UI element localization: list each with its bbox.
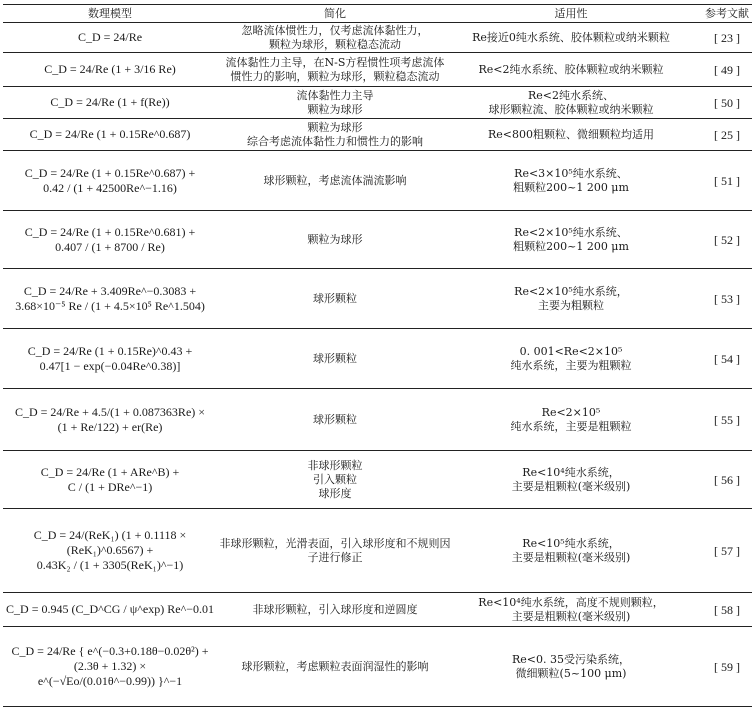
reference-cell: [ 23 ]	[689, 23, 752, 53]
applicability-cell: Re<2纯水系统、 球形颗粒流、胶体颗粒或纳米颗粒	[453, 87, 689, 119]
simplification-cell: 非球形颗粒，引入球形度和逆圆度	[217, 593, 453, 627]
table-row: C_D = 24/Re { e^(−0.3+0.18θ−0.02θ²) + (2…	[3, 627, 752, 707]
simplification-cell: 球形颗粒	[217, 269, 453, 329]
table-row: C_D = 24/Re忽略流体惯性力，仅考虑流体黏性力， 颗粒为球形，颗粒稳态流…	[3, 23, 752, 53]
model-formula: C_D = 24/Re + 4.5/(1 + 0.087363Re) × (1 …	[3, 389, 217, 451]
reference-cell: [ 57 ]	[689, 509, 752, 593]
reference-cell: [ 56 ]	[689, 451, 752, 509]
applicability-cell: Re接近0纯水系统、胶体颗粒或纳米颗粒	[453, 23, 689, 53]
reference-cell: [ 59 ]	[689, 627, 752, 707]
table-row: C_D = 24/Re (1 + 3/16 Re)流体黏性力主导，在N-S方程惯…	[3, 53, 752, 87]
model-formula: C_D = 24/Re (1 + 3/16 Re)	[3, 53, 217, 87]
table-row: C_D = 24/Re (1 + ARe^B) + C / (1 + DRe^−…	[3, 451, 752, 509]
applicability-cell: Re<10⁵纯水系统， 主要是粗颗粒(毫米级别)	[453, 509, 689, 593]
drag-coefficient-models-table: 数理模型 简化 适用性 参考文献 C_D = 24/Re忽略流体惯性力，仅考虑流…	[3, 4, 752, 707]
model-formula: C_D = 24/Re (1 + f(Re))	[3, 87, 217, 119]
table-row: C_D = 24/Re + 4.5/(1 + 0.087363Re) × (1 …	[3, 389, 752, 451]
applicability-cell: Re<2×10⁵纯水系统、 粗颗粒200~1 200 μm	[453, 211, 689, 269]
header-reference: 参考文献	[689, 5, 752, 23]
simplification-cell: 颗粒为球形 综合考虑流体黏性力和惯性力的影响	[217, 119, 453, 151]
model-formula: C_D = 24/Re { e^(−0.3+0.18θ−0.02θ²) + (2…	[3, 627, 217, 707]
applicability-cell: Re<800粗颗粒、微细颗粒均适用	[453, 119, 689, 151]
simplification-cell: 球形颗粒，考虑流体湍流影响	[217, 151, 453, 211]
table-row: C_D = 24/Re (1 + 0.15Re)^0.43 + 0.47[1 −…	[3, 329, 752, 389]
simplification-cell: 球形颗粒	[217, 329, 453, 389]
applicability-cell: Re<2×10⁵纯水系统， 主要为粗颗粒	[453, 269, 689, 329]
model-formula: C_D = 24/Re + 3.409Re^−0.3083 + 3.68×10⁻…	[3, 269, 217, 329]
reference-cell: [ 50 ]	[689, 87, 752, 119]
applicability-cell: Re<3×10⁵纯水系统、 粗颗粒200~1 200 μm	[453, 151, 689, 211]
model-formula: C_D = 24/Re (1 + 0.15Re^0.687) + 0.42 / …	[3, 151, 217, 211]
reference-cell: [ 55 ]	[689, 389, 752, 451]
table-row: C_D = 24/Re (1 + f(Re))流体黏性力主导 颗粒为球形Re<2…	[3, 87, 752, 119]
header-applicability: 适用性	[453, 5, 689, 23]
applicability-cell: Re<2×10⁵ 纯水系统，主要是粗颗粒	[453, 389, 689, 451]
table-row: C_D = 24/Re + 3.409Re^−0.3083 + 3.68×10⁻…	[3, 269, 752, 329]
applicability-cell: Re<0. 35受污染系统， 微细颗粒(5~100 μm)	[453, 627, 689, 707]
applicability-cell: 0. 001<Re<2×10⁵ 纯水系统，主要为粗颗粒	[453, 329, 689, 389]
simplification-cell: 非球形颗粒 引入颗粒 球形度	[217, 451, 453, 509]
applicability-cell: Re<10⁴纯水系统，高度不规则颗粒， 主要是粗颗粒(毫米级别)	[453, 593, 689, 627]
simplification-cell: 球形颗粒，考虑颗粒表面润湿性的影响	[217, 627, 453, 707]
table-row: C_D = 0.945 (C_D^CG / ψ^exp) Re^−0.01非球形…	[3, 593, 752, 627]
model-formula: C_D = 0.945 (C_D^CG / ψ^exp) Re^−0.01	[3, 593, 217, 627]
reference-cell: [ 52 ]	[689, 211, 752, 269]
model-formula: C_D = 24/Re (1 + 0.15Re^0.687)	[3, 119, 217, 151]
reference-cell: [ 49 ]	[689, 53, 752, 87]
header-simplification: 简化	[217, 5, 453, 23]
simplification-cell: 非球形颗粒，光滑表面，引入球形度和不规则因 子进行修正	[217, 509, 453, 593]
applicability-cell: Re<10⁴纯水系统， 主要是粗颗粒(毫米级别)	[453, 451, 689, 509]
model-formula: C_D = 24/(ReK₁) (1 + 0.1118 × (ReK₁)^0.6…	[3, 509, 217, 593]
table-header-row: 数理模型 简化 适用性 参考文献	[3, 5, 752, 23]
model-formula: C_D = 24/Re	[3, 23, 217, 53]
simplification-cell: 球形颗粒	[217, 389, 453, 451]
header-model: 数理模型	[3, 5, 217, 23]
simplification-cell: 流体黏性力主导，在N-S方程惯性项考虑流体 惯性力的影响，颗粒为球形，颗粒稳态流…	[217, 53, 453, 87]
reference-cell: [ 51 ]	[689, 151, 752, 211]
model-formula: C_D = 24/Re (1 + 0.15Re^0.681) + 0.407 /…	[3, 211, 217, 269]
table-row: C_D = 24/(ReK₁) (1 + 0.1118 × (ReK₁)^0.6…	[3, 509, 752, 593]
model-formula: C_D = 24/Re (1 + 0.15Re)^0.43 + 0.47[1 −…	[3, 329, 217, 389]
reference-cell: [ 25 ]	[689, 119, 752, 151]
reference-cell: [ 54 ]	[689, 329, 752, 389]
table-row: C_D = 24/Re (1 + 0.15Re^0.681) + 0.407 /…	[3, 211, 752, 269]
applicability-cell: Re<2纯水系统、胶体颗粒或纳米颗粒	[453, 53, 689, 87]
reference-cell: [ 53 ]	[689, 269, 752, 329]
table-row: C_D = 24/Re (1 + 0.15Re^0.687) + 0.42 / …	[3, 151, 752, 211]
reference-cell: [ 58 ]	[689, 593, 752, 627]
simplification-cell: 忽略流体惯性力，仅考虑流体黏性力， 颗粒为球形，颗粒稳态流动	[217, 23, 453, 53]
model-formula: C_D = 24/Re (1 + ARe^B) + C / (1 + DRe^−…	[3, 451, 217, 509]
table-row: C_D = 24/Re (1 + 0.15Re^0.687)颗粒为球形 综合考虑…	[3, 119, 752, 151]
simplification-cell: 流体黏性力主导 颗粒为球形	[217, 87, 453, 119]
simplification-cell: 颗粒为球形	[217, 211, 453, 269]
